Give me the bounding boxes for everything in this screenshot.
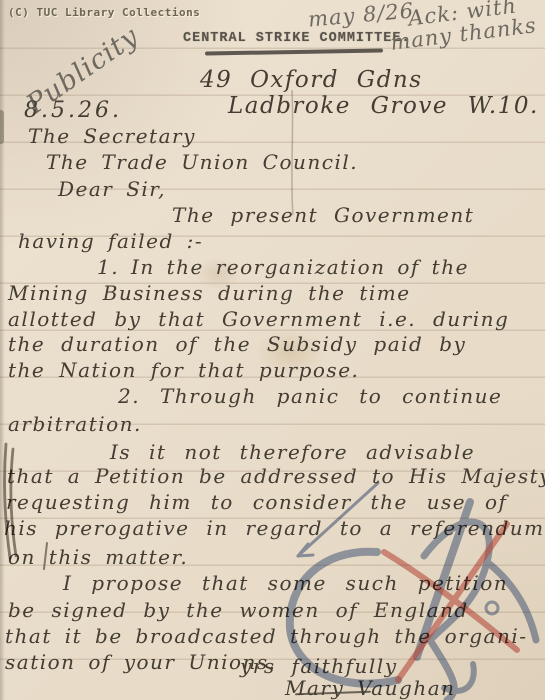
library-watermark: (C) TUC Library Collections (8, 6, 200, 19)
handwritten-line: be signed by the women of England (8, 598, 469, 622)
handwritten-line: Is it not therefore advisable (110, 440, 475, 464)
letter-date: 8.5.26. (24, 99, 122, 123)
recipient-line1: The Secretary (28, 124, 196, 148)
handwritten-line: his prerogative in regard to a referendu… (4, 516, 545, 540)
handwritten-line: Mining Business during the time (8, 281, 411, 305)
signature: Mary Vaughan (285, 676, 456, 700)
handwritten-line: allotted by that Government i.e. during (8, 307, 509, 331)
handwritten-line: that a Petition be addressed to His Maje… (7, 464, 545, 488)
handwritten-line: that it be broadcasted through the organ… (5, 624, 528, 648)
salutation: Dear Sir, (58, 177, 166, 201)
address-line1: 49 Oxford Gdns (200, 68, 423, 92)
stamp-underline (205, 48, 383, 55)
received-date-annotation: may 8/26 (307, 0, 415, 32)
address-line2: Ladbroke Grove W.10. (228, 94, 539, 118)
closing: yrs faithfully (240, 654, 398, 678)
handwritten-line: on this matter. (8, 545, 188, 569)
recipient-line2: The Trade Union Council. (46, 150, 358, 174)
handwritten-line: sation of your Unions. (5, 650, 277, 674)
handwritten-line: having failed :- (18, 229, 203, 253)
letter-scan: CENTRAL STRIKE COMMITTEE. Publicity may … (0, 0, 545, 700)
handwritten-line: requesting him to consider the use of (6, 490, 507, 514)
handwritten-line: I propose that some such petition (63, 571, 508, 595)
handwritten-line: arbitration. (8, 412, 142, 436)
handwritten-line: The present Government (172, 203, 474, 227)
handwritten-line: the Nation for that purpose. (8, 358, 359, 382)
scan-edge-blotch (0, 110, 4, 144)
handwritten-line: 2. Through panic to continue (118, 384, 502, 408)
committee-stamp: CENTRAL STRIKE COMMITTEE. (183, 31, 411, 46)
handwritten-line: 1. In the reorganization of the (97, 255, 469, 279)
scan-left-edge (0, 0, 5, 700)
handwritten-line: the duration of the Subsidy paid by (8, 332, 466, 356)
